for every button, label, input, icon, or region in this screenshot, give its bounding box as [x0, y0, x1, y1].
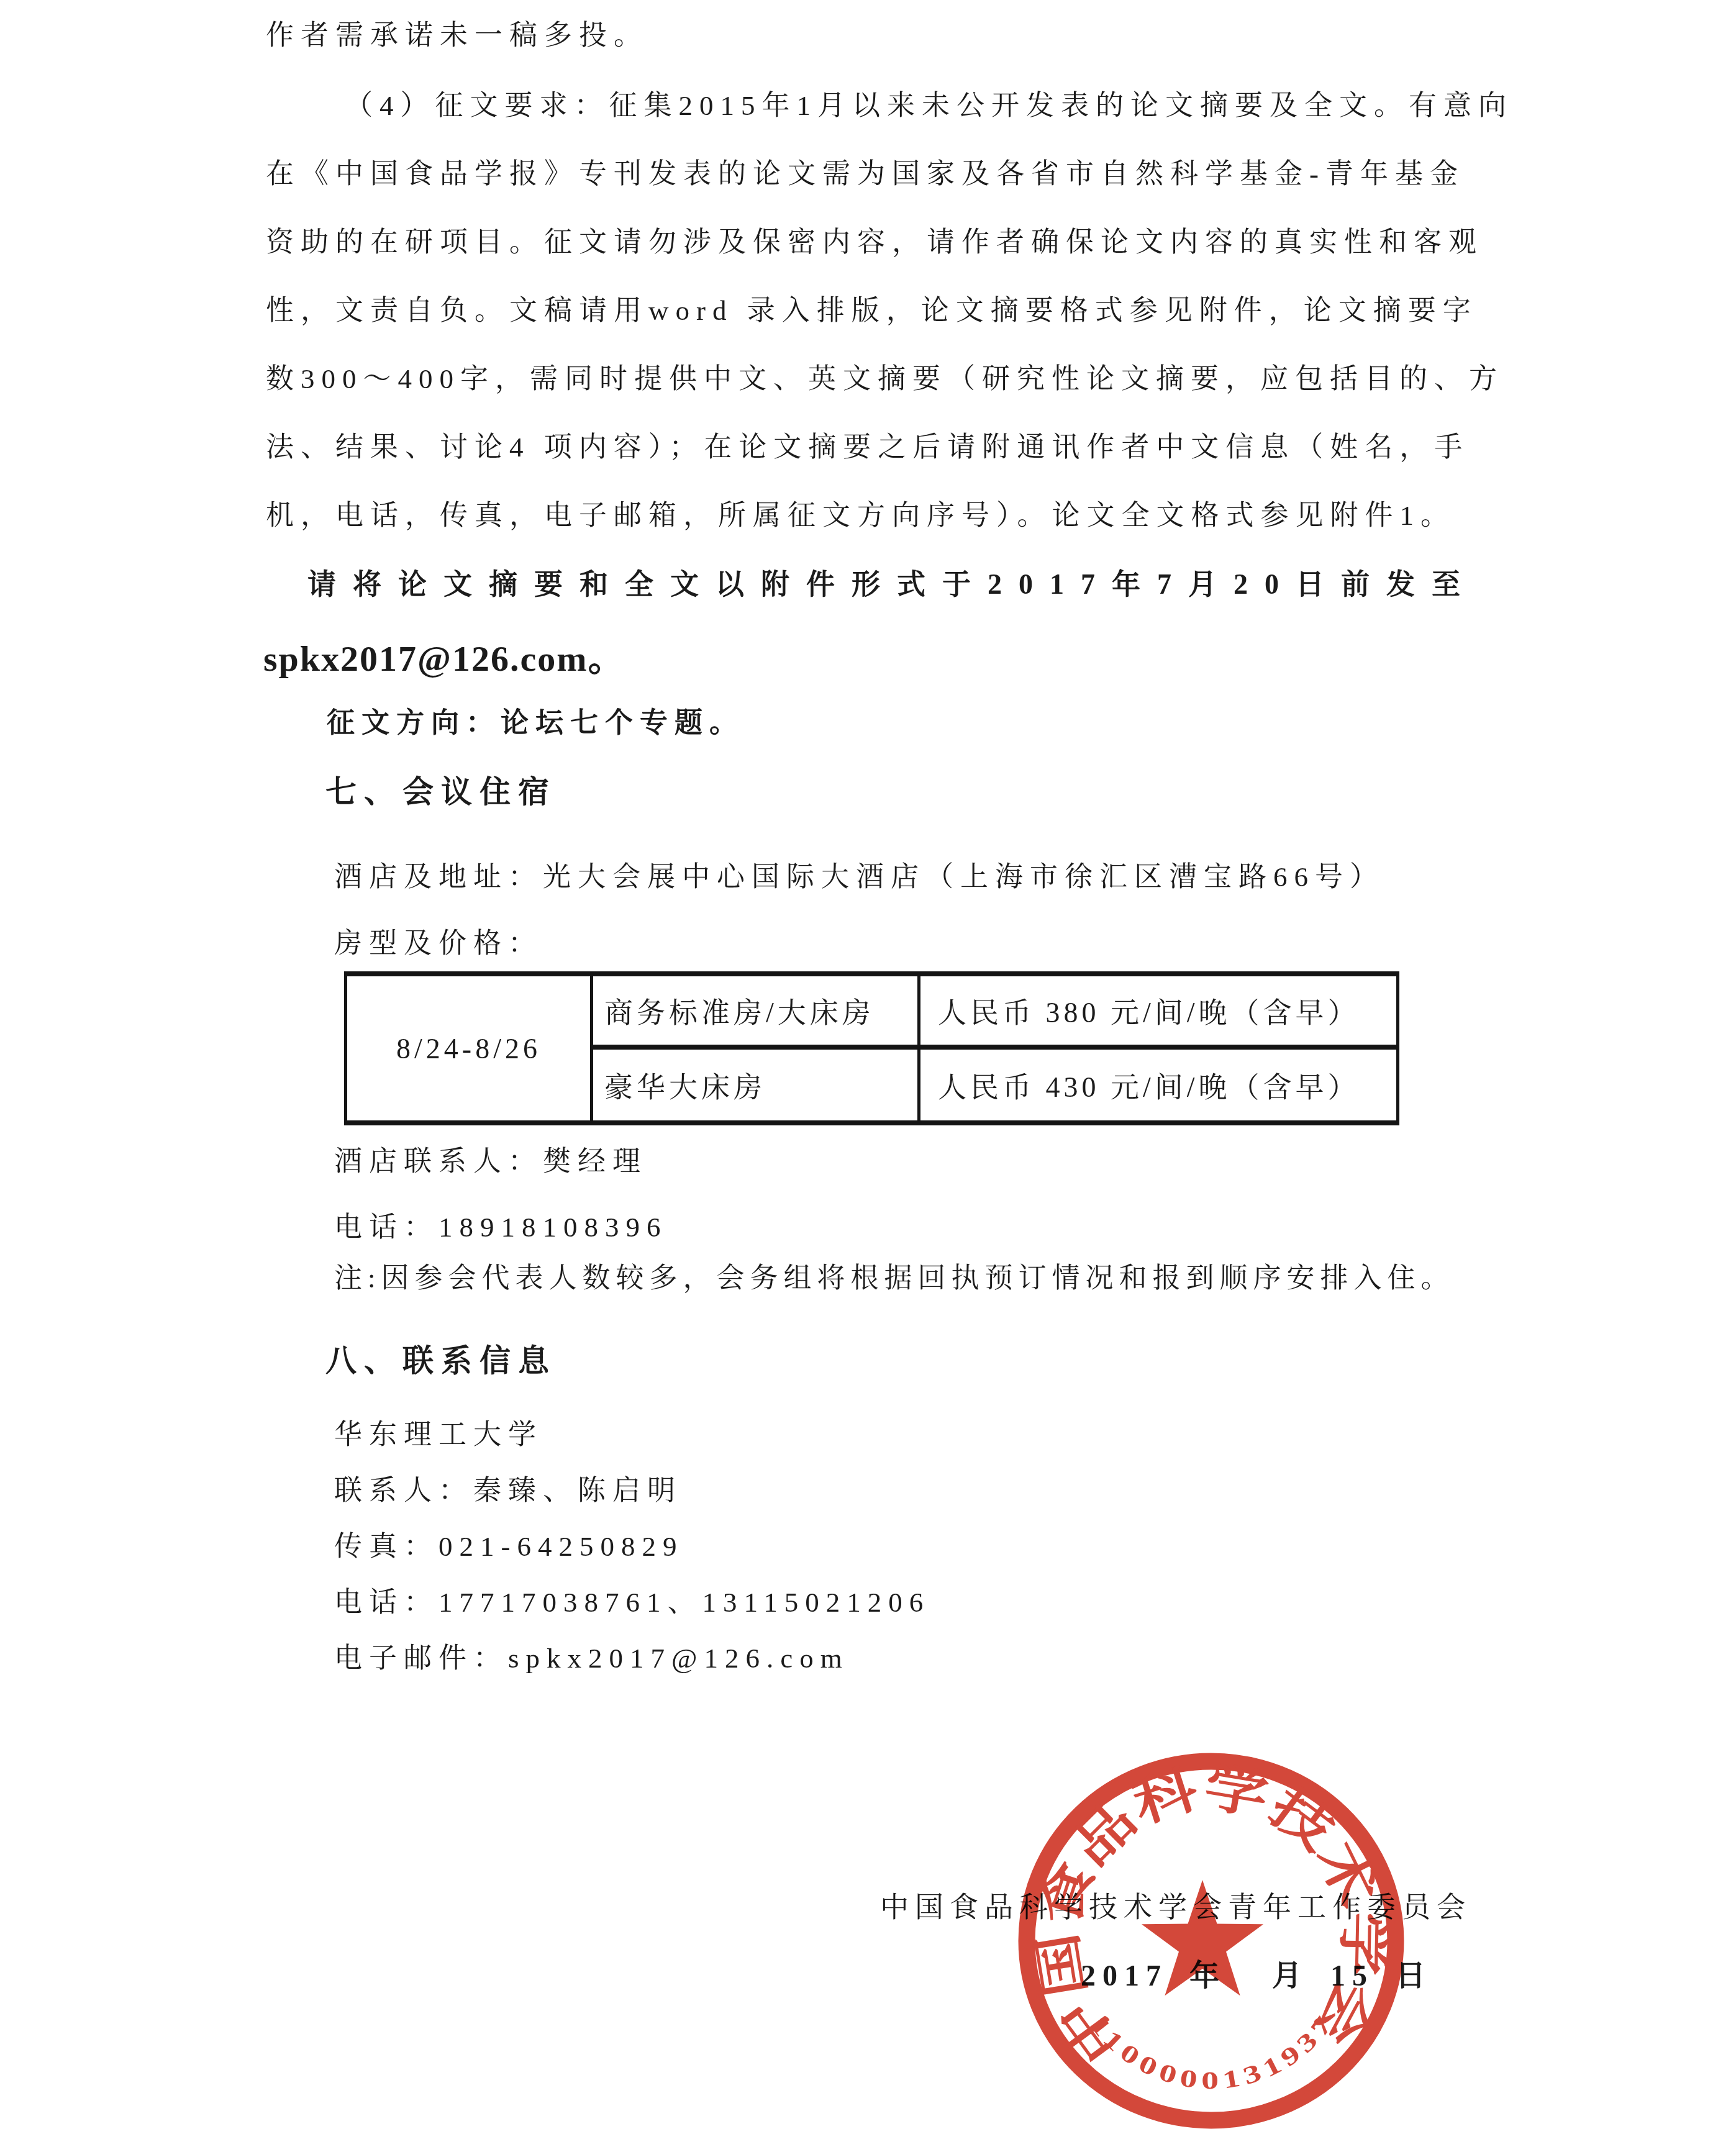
table-cell-room-type: 豪华大床房 [593, 1050, 920, 1120]
para-requirements-line: 法、结果、讨论4 项内容）；在论文摘要之后请附通讯作者中文信息（姓名，手 [266, 434, 1469, 461]
contact-phone-line: 电话：17717038761、13115021206 [334, 1589, 930, 1617]
submission-email: spkx2017@126.com [263, 638, 588, 679]
table-cell-room-type: 商务标准房/大床房 [593, 976, 920, 1050]
seal-star-icon [1142, 1880, 1263, 1995]
hotel-contact-line: 酒店联系人：樊经理 [334, 1148, 647, 1176]
section-heading-accommodation: 七、会议住宿 [325, 776, 557, 807]
seal-serial-number: 1100000131937 [1084, 2007, 1341, 2094]
hotel-phone-line: 电话：18918108396 [334, 1214, 668, 1242]
table-cell-date-range: 8/24-8/26 [347, 976, 593, 1120]
submission-email-period: 。 [588, 638, 625, 679]
table-cell-price: 人民币 380 元/间/晚（含早） [920, 976, 1396, 1050]
hotel-address-line: 酒店及地址：光大会展中心国际大酒店（上海市徐汇区漕宝路66号） [334, 863, 1384, 891]
official-seal: 中国食品科学技术学会 1100000131937 [1012, 1753, 1413, 2133]
submission-deadline-line: 请将论文摘要和全文以附件形式于2017年7月20日前发至 [307, 570, 1477, 599]
contact-fax-line: 传真：021-64250829 [334, 1533, 684, 1561]
submission-email-line: spkx2017@126.com。 [263, 641, 625, 677]
svg-text:1100000131937: 1100000131937 [1084, 2007, 1341, 2094]
para-requirements-line: 机，电话，传真，电子邮箱，所属征文方向序号）。论文全文格式参见附件1。 [266, 502, 1455, 530]
para-requirements-line: 在《中国食品学报》专刊发表的论文需为国家及各省市自然科学基金-青年基金 [266, 160, 1465, 188]
section-heading-contact: 八、联系信息 [325, 1345, 557, 1376]
para-requirements-line: 数300～400字，需同时提供中文、英文摘要（研究性论文摘要，应包括目的、方 [266, 365, 1504, 393]
table-cell-price: 人民币 430 元/间/晚（含早） [920, 1050, 1396, 1120]
topics-line: 征文方向：论坛七个专题。 [327, 709, 744, 737]
contact-org-line: 华东理工大学 [334, 1421, 543, 1449]
contact-person-line: 联系人：秦臻、陈启明 [334, 1477, 682, 1505]
contact-email-line: 电子邮件：spkx2017@126.com [334, 1645, 849, 1673]
para-requirements-line: 性，文责自负。文稿请用word 录入排版，论文摘要格式参见附件，论文摘要字 [266, 297, 1478, 325]
hotel-note-line: 注:因参会代表人数较多，会务组将根据回执预订情况和报到顺序安排入住。 [334, 1264, 1455, 1292]
para-requirements-line: 资助的在研项目。征文请勿涉及保密内容，请作者确保论文内容的真实性和客观 [266, 229, 1483, 257]
paragraph-tail-line: 作者需承诺未一稿多投。 [266, 22, 648, 50]
room-price-label: 房型及价格： [334, 930, 543, 958]
room-price-table: 8/24-8/26 商务标准房/大床房 人民币 380 元/间/晚（含早） 豪华… [344, 971, 1399, 1125]
document-page: 作者需承诺未一稿多投。 （4）征文要求：征集2015年1月以来未公开发表的论文摘… [0, 0, 1736, 2152]
para-requirements-line: （4）征文要求：征集2015年1月以来未公开发表的论文摘要及全文。有意向 [345, 92, 1513, 120]
